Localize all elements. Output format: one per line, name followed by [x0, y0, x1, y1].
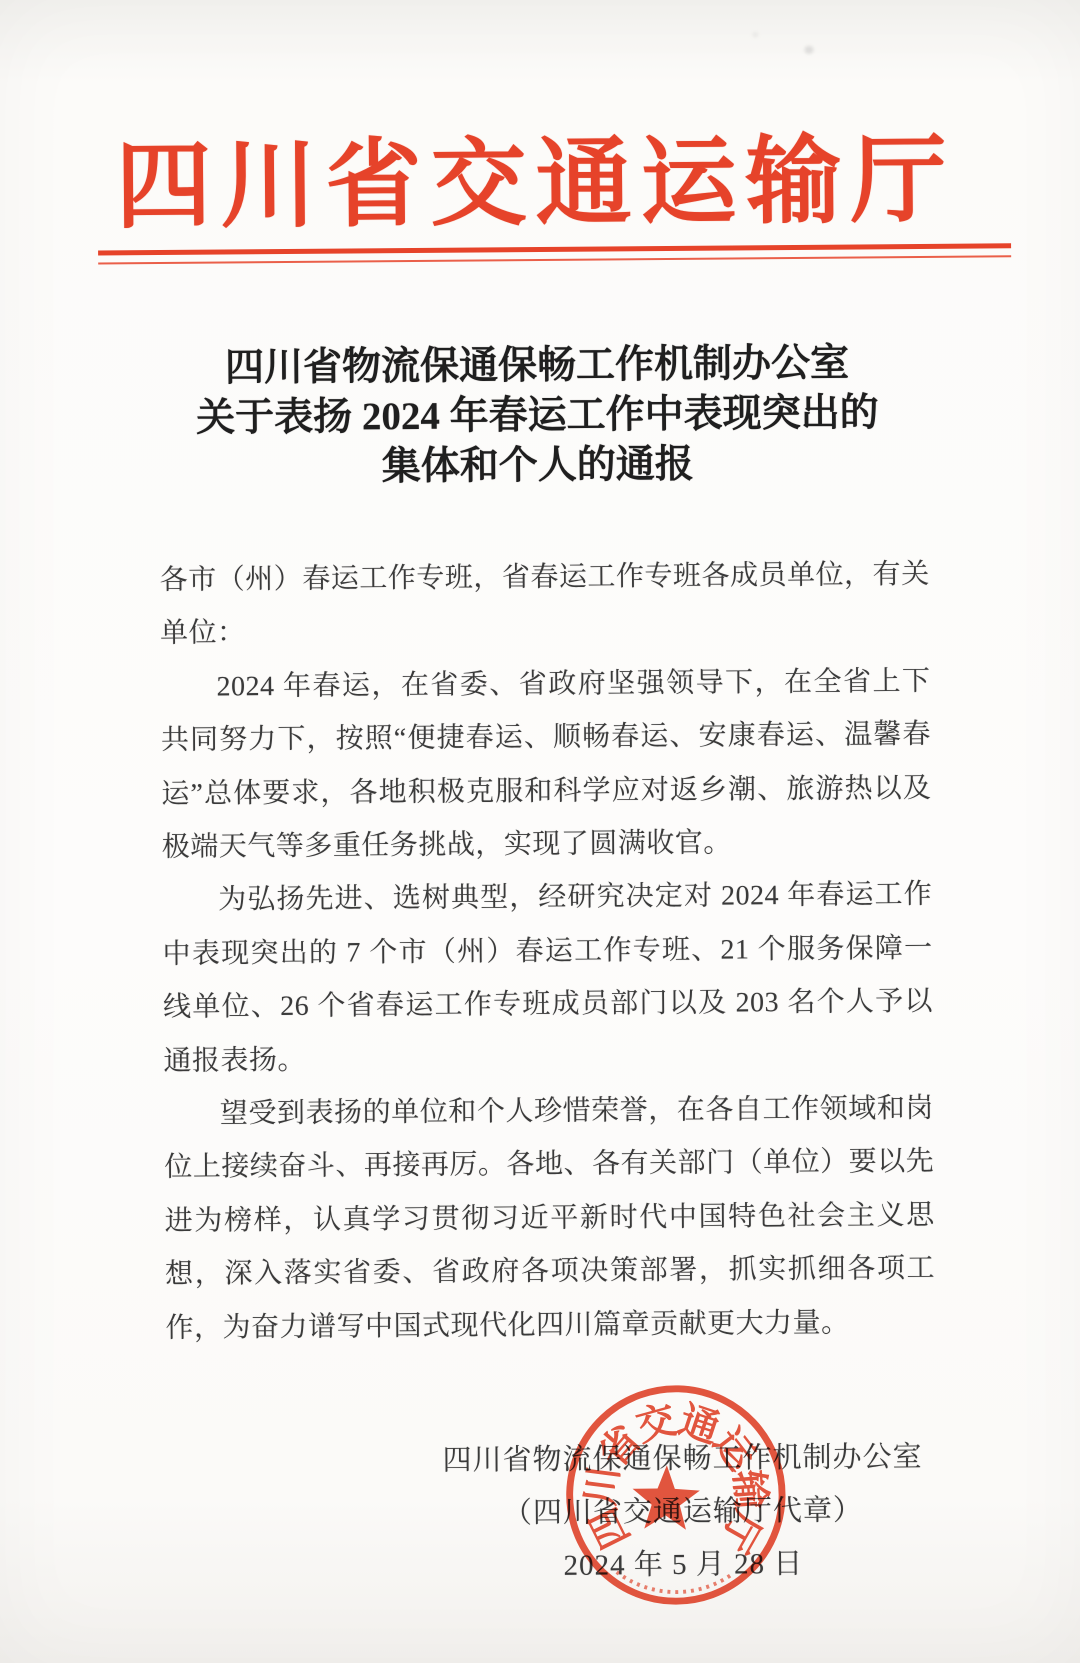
letterhead-divider — [98, 243, 1011, 264]
scan-speck — [804, 46, 813, 54]
body-paragraph-3: 望受到表扬的单位和个人珍惜荣誉，在各自工作领域和岗位上接续奋斗、再接再厉。各地、… — [164, 1082, 936, 1355]
official-seal: 四川省交通运输厅 — [555, 1374, 797, 1616]
salutation-paragraph: 各市（州）春运工作专班，省春运工作专班各成员单位，有关单位： — [159, 548, 930, 661]
document-title-line-3: 集体和个人的通报 — [78, 437, 998, 494]
document-title: 四川省物流保通保畅工作机制办公室 关于表扬 2024 年春运工作中表现突出的 集… — [77, 337, 998, 494]
body-paragraph-2: 为弘扬先进、选树典型，经研究决定对 2024 年春运工作中表现突出的 7 个市（… — [162, 868, 934, 1088]
document-body: 各市（州）春运工作专班，省春运工作专班各成员单位，有关单位： 2024 年春运，… — [159, 548, 935, 1355]
document-page: 四川省交通运输厅 四川省物流保通保畅工作机制办公室 关于表扬 2024 年春运工… — [0, 0, 1080, 1663]
document-title-line-2: 关于表扬 2024 年春运工作中表现突出的 — [77, 387, 997, 444]
seal-arc-char: 厅 — [711, 1503, 769, 1559]
letterhead-agency-name: 四川省交通运输厅 — [0, 124, 1076, 244]
body-paragraph-1: 2024 年春运，在省委、省政府坚强领导下，在全省上下共同努力下，按照“便捷春运… — [160, 655, 932, 875]
divider-line-thin — [98, 255, 1011, 264]
scan-speck — [752, 32, 758, 37]
seal-star — [631, 1464, 700, 1530]
scanned-sheet: 四川省交通运输厅 四川省物流保通保畅工作机制办公室 关于表扬 2024 年春运工… — [0, 0, 1080, 1663]
document-title-line-1: 四川省物流保通保畅工作机制办公室 — [77, 337, 997, 394]
divider-line-thick — [98, 243, 1011, 255]
seal-arc-char: 四 — [581, 1500, 638, 1555]
